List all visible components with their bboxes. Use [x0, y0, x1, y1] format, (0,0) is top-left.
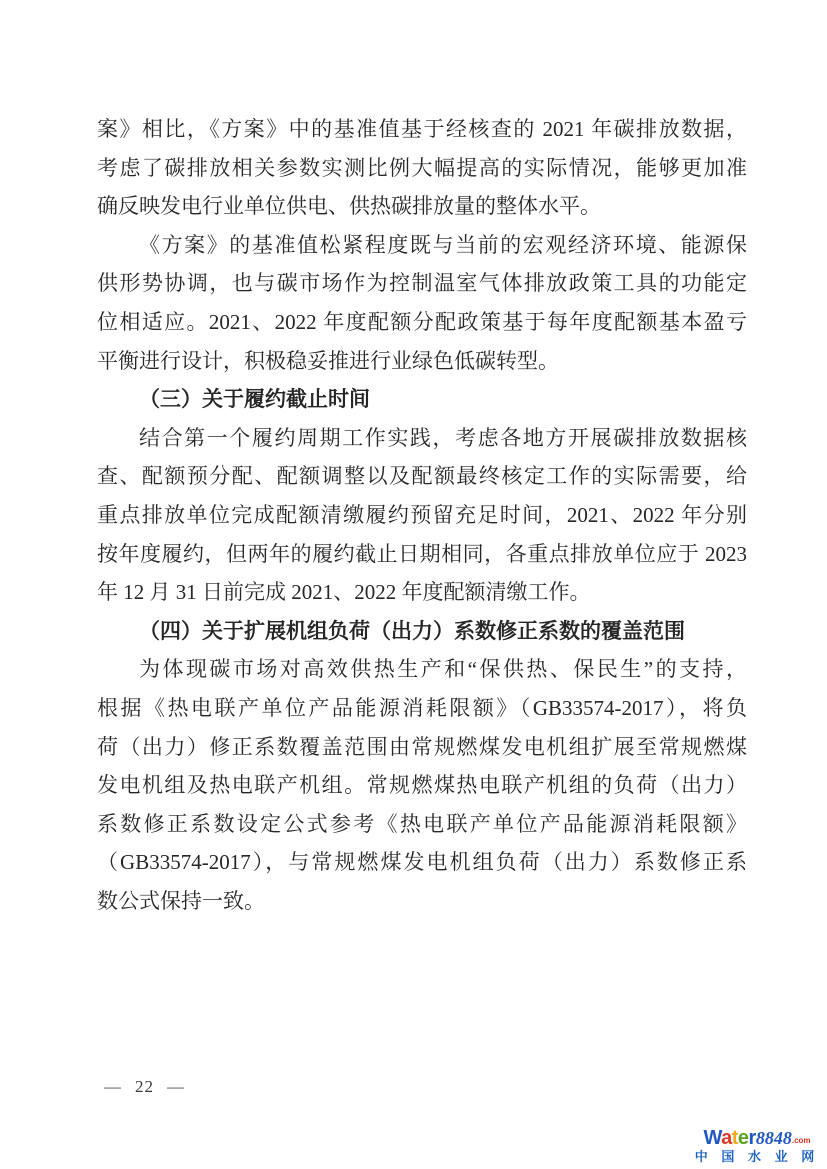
text-line: 根据《热电联产单位产品能源消耗限额》（GB33574-2017），将负: [97, 689, 747, 728]
text-line: 结合第一个履约周期工作实践，考虑各地方开展碳排放数据核: [97, 419, 747, 458]
watermark-brand-line: Water8848.com: [689, 1128, 825, 1148]
brand-letter: a: [721, 1127, 732, 1149]
brand-letter: W: [703, 1127, 721, 1149]
section-heading: （三）关于履约截止时间: [97, 380, 747, 419]
page-number-left-dash: —: [104, 1077, 122, 1096]
brand-word: Water: [703, 1127, 755, 1149]
text-line: 供形势协调，也与碳市场作为控制温室气体排放政策工具的功能定: [97, 264, 747, 303]
text-line: 荷（出力）修正系数覆盖范围由常规燃煤发电机组扩展至常规燃煤: [97, 728, 747, 767]
text-line: 年 12 月 31 日前完成 2021、2022 年度配额清缴工作。: [97, 573, 747, 612]
text-line: 平衡进行设计，积极稳妥推进行业绿色低碳转型。: [97, 342, 747, 381]
text-line: 系数修正系数设定公式参考《热电联产单位产品能源消耗限额》: [97, 805, 747, 844]
watermark-subtitle: 中 国 水 业 网: [689, 1150, 825, 1163]
brand-number: 8848: [756, 1128, 792, 1148]
brand-letter: r: [749, 1127, 756, 1149]
text-line: 案》相比，《方案》中的基准值基于经核查的 2021 年碳排放数据，: [97, 110, 747, 149]
text-line: 确反映发电行业单位供电、供热碳排放量的整体水平。: [97, 187, 747, 226]
document-body: 案》相比，《方案》中的基准值基于经核查的 2021 年碳排放数据，考虑了碳排放相…: [97, 110, 747, 920]
text-line: 按年度履约，但两年的履约截止日期相同，各重点排放单位应于 2023: [97, 535, 747, 574]
page-number-right-dash: —: [167, 1077, 185, 1096]
text-line: 位相适应。2021、2022 年度配额分配政策基于每年度配额基本盈亏: [97, 303, 747, 342]
water8848-watermark-logo: Water8848.com 中 国 水 业 网: [689, 1128, 825, 1163]
text-line: 考虑了碳排放相关参数实测比例大幅提高的实际情况，能够更加准: [97, 149, 747, 188]
document-page: 案》相比，《方案》中的基准值基于经核查的 2021 年碳排放数据，考虑了碳排放相…: [0, 0, 827, 1169]
text-line: 《方案》的基准值松紧程度既与当前的宏观经济环境、能源保: [97, 226, 747, 265]
text-line: 数公式保持一致。: [97, 882, 747, 921]
brand-letter: e: [738, 1127, 749, 1149]
text-line: 为体现碳市场对高效供热生产和“保供热、保民生”的支持，: [97, 650, 747, 689]
text-line: 查、配额预分配、配额调整以及配额最终核定工作的实际需要，给: [97, 457, 747, 496]
page-number: —22—: [104, 1077, 185, 1097]
text-line: （GB33574-2017），与常规燃煤发电机组负荷（出力）系数修正系: [97, 843, 747, 882]
text-line: 重点排放单位完成配额清缴履约预留充足时间，2021、2022 年分别: [97, 496, 747, 535]
section-heading: （四）关于扩展机组负荷（出力）系数修正系数的覆盖范围: [97, 612, 747, 651]
page-number-value: 22: [135, 1077, 154, 1096]
brand-domain: .com: [792, 1136, 811, 1145]
text-line: 发电机组及热电联产机组。常规燃煤热电联产机组的负荷（出力）: [97, 766, 747, 805]
